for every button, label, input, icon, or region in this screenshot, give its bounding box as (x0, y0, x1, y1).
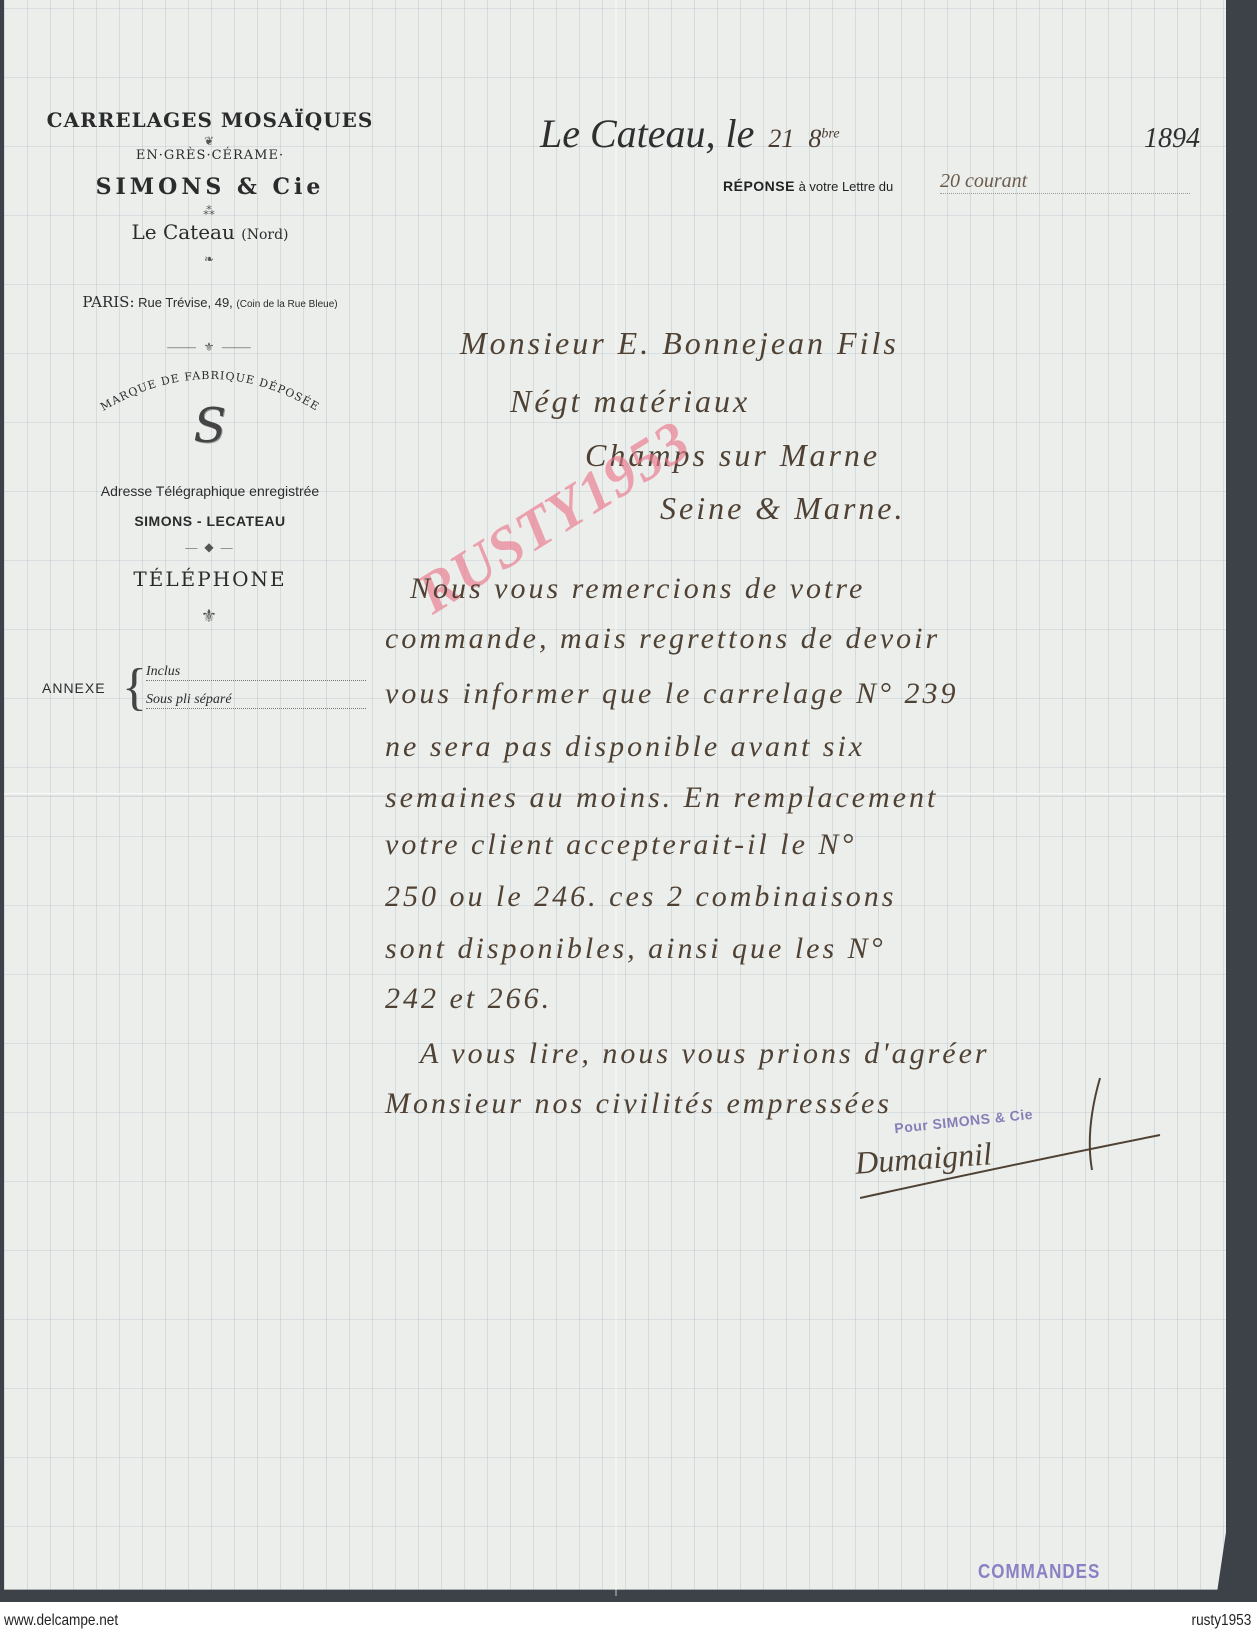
recipient-trade: Négt matériaux (510, 383, 750, 420)
reply-label: RÉPONSE à votre Lettre du (723, 178, 893, 194)
place-date-line: Le Cateau, le 21 8bre 1894 (540, 110, 1200, 157)
divider-icon: — ◆ — (0, 540, 420, 555)
place: Le Cateau, le (540, 110, 754, 157)
annexe-separate-field: Sous pli séparé (146, 692, 366, 709)
annexe-block: ANNEXE { Inclus Sous pli séparé (42, 662, 372, 722)
body-line: Monsieur nos civilités empressées (385, 1087, 892, 1121)
paris-corner: (Coin de la Rue Bleue) (236, 299, 337, 310)
ornament-icon: ❦ (0, 134, 420, 149)
body-line: vous informer que le carrelage N° 239 (385, 677, 958, 711)
body-line: Nous vous remercions de votre (410, 572, 865, 606)
signature-flourish-icon (860, 1070, 1180, 1200)
company-name: SIMONS & Cie (0, 174, 420, 200)
reply-date-value: 20 courant (940, 170, 1190, 194)
body-line: votre client accepterait-il le N° (385, 828, 856, 862)
paris-address: PARIS: Rue Trévise, 49, (Coin de la Rue … (0, 293, 420, 311)
body-line: A vous lire, nous vous prions d'agréer (420, 1037, 990, 1071)
city-name: Le Cateau (131, 220, 234, 244)
telegraph-label: Adresse Télégraphique enregistrée (0, 483, 420, 499)
region-name: (Nord) (241, 227, 288, 243)
paris-street: Rue Trévise, 49, (138, 295, 233, 310)
body-line: ne sera pas disponible avant six (385, 730, 865, 764)
recipient-department: Seine & Marne. (660, 490, 906, 527)
fleur-ornament-icon: ⚜ (0, 606, 420, 627)
date-year: 1894 (1144, 123, 1200, 155)
recipient-name: Monsieur E. Bonnejean Fils (460, 325, 899, 362)
site-credit: www.delcampe.net (4, 1612, 118, 1630)
reply-label-bold: RÉPONSE (723, 178, 795, 194)
ornament-icon: ⸻ ⚜ ⸻ (0, 338, 420, 355)
commandes-stamp: COMMANDES (978, 1560, 1100, 1584)
paris-label: PARIS: (82, 293, 134, 311)
telephone-label: TÉLÉPHONE (0, 567, 420, 591)
letterhead-title: CARRELAGES MOSAÏQUES (0, 108, 420, 132)
ornament-icon: ❧ (0, 252, 420, 267)
reply-label-rest: à votre Lettre du (799, 179, 894, 194)
body-line: commande, mais regrettons de devoir (385, 622, 940, 656)
ornament-icon: ⁂ (0, 204, 420, 219)
letterhead-subtitle: EN·GRÈS·CÉRAME· (0, 148, 420, 163)
body-line: sont disponibles, ainsi que les N° (385, 932, 886, 966)
company-city: Le Cateau (Nord) (0, 220, 420, 244)
date-month: 8bre (808, 124, 839, 154)
trademark-logo-icon: S (0, 398, 420, 454)
body-line: semaines au moins. En remplacement (385, 781, 938, 815)
body-line: 242 et 266. (385, 982, 552, 1016)
telegraph-address: SIMONS - LECATEAU (0, 513, 420, 529)
annexe-label: ANNEXE (42, 680, 106, 696)
date-day: 21 (768, 124, 794, 154)
body-line: 250 ou le 246. ces 2 combinaisons (385, 880, 896, 914)
seller-credit: rusty1953 (1191, 1612, 1251, 1630)
brace-icon: { (122, 658, 147, 717)
annexe-inclus-field: Inclus (146, 664, 366, 681)
